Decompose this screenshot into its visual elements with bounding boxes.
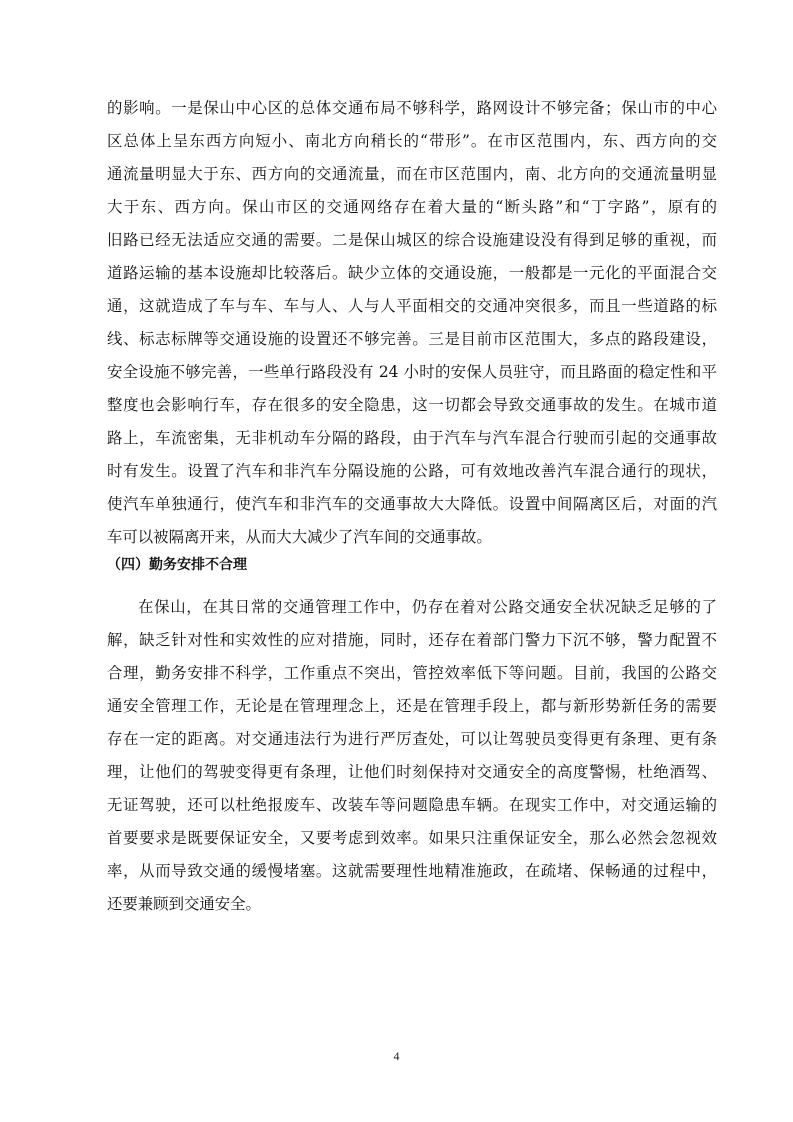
text-line: 使汽车单独通行，使汽车和非汽车的交通事故大大降低。设置中间隔离区后，对面的汽 [107,493,717,515]
text-line: 率，从而导致交通的缓慢堵塞。这就需要理性地精准施政，在疏堵、保畅通的过程中， [107,860,717,882]
text-line: 安全设施不够完善，一些单行路段没有 24 小时的安保人员驻守，而且路面的稳定性和… [107,361,717,383]
text-line: 整度也会影响行车，存在很多的安全隐患，这一切都会导致交通事故的发生。在城市道 [107,394,717,416]
text-line: 解，缺乏针对性和实效性的应对措施，同时，还存在着部门警力下沉不够，警力配置不 [107,629,717,651]
text-line: 通流量明显大于东、西方向的交通流量，而在市区范围内，南、北方向的交通流量明显 [107,163,717,185]
section-heading: （四）勤务安排不合理 [107,555,247,575]
text-line: 旧路已经无法适应交通的需要。二是保山城区的综合设施建设没有得到足够的重视，而 [107,229,717,251]
text-line: 道路运输的基本设施却比较落后。缺少立体的交通设施，一般都是一元化的平面混合交 [107,262,717,284]
text-line: 首要要求是既要保证安全，又要考虑到效率。如果只注重保证安全，那么必然会忽视效 [107,827,717,849]
text-line: 通，这就造成了车与车、车与人、人与人平面相交的交通冲突很多，而且一些道路的标 [107,295,717,317]
text-line: 在保山，在其日常的交通管理工作中，仍存在着对公路交通安全状况缺乏足够的了 [138,596,717,618]
text-line: 大于东、西方向。保山市区的交通网络存在着大量的“断头路”和“丁字路”，原有的 [107,196,717,218]
text-line: 车可以被隔离开来，从而大大减少了汽车间的交通事故。 [107,526,717,548]
text-line: 存在一定的距离。对交通违法行为进行严厉查处，可以让驾驶员变得更有条理、更有条 [107,728,717,750]
text-line: 合理，勤务安排不科学，工作重点不突出，管控效率低下等问题。目前，我国的公路交 [107,662,717,684]
page-number: 4 [0,1049,793,1064]
text-line: 理，让他们的驾驶变得更有条理，让他们时刻保持对交通安全的高度警惕，杜绝酒驾、 [107,761,717,783]
text-line: 还要兼顾到交通安全。 [107,893,717,915]
text-line: 通安全管理工作，无论是在管理理念上，还是在管理手段上，都与新形势新任务的需要 [107,695,717,717]
document-page: 的影响。一是保山中心区的总体交通布局不够科学，路网设计不够完备；保山市的中心 区… [0,0,793,1122]
text-line: 无证驾驶，还可以杜绝报废车、改装车等问题隐患车辆。在现实工作中，对交通运输的 [107,794,717,816]
text-line: 的影响。一是保山中心区的总体交通布局不够科学，路网设计不够完备；保山市的中心 [107,97,717,119]
text-line: 线、标志标牌等交通设施的设置还不够完善。三是目前市区范围大，多点的路段建设， [107,328,717,350]
text-line: 区总体上呈东西方向短小、南北方向稍长的“带形”。在市区范围内，东、西方向的交 [107,130,717,152]
text-line: 时有发生。设置了汽车和非汽车分隔设施的公路，可有效地改善汽车混合通行的现状， [107,460,717,482]
text-line: 路上，车流密集，无非机动车分隔的路段，由于汽车与汽车混合行驶而引起的交通事故 [107,427,717,449]
